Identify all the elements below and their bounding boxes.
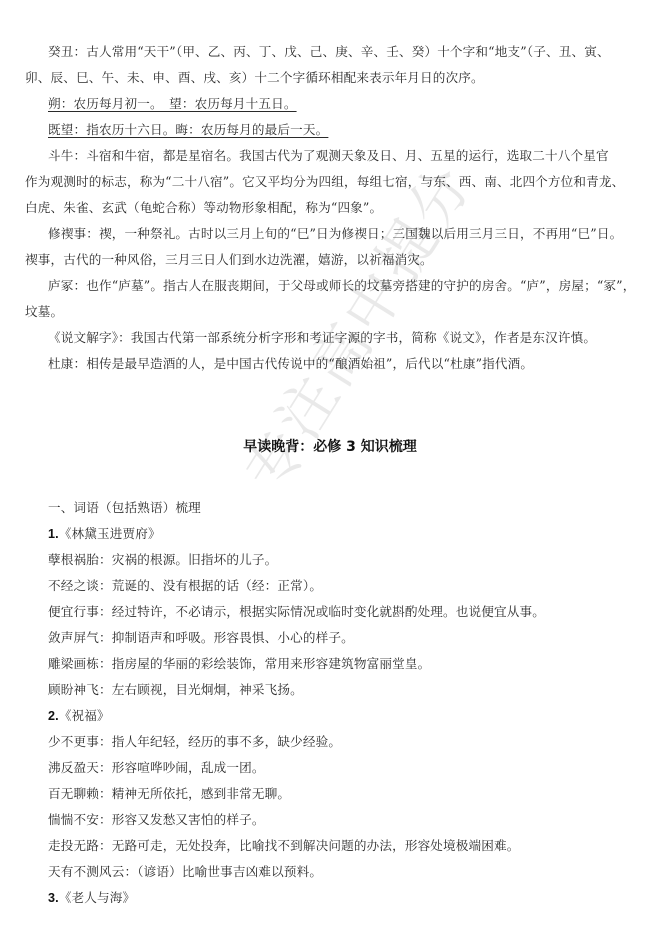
glossary-line: 癸丑：古人常用“天干”（甲、乙、丙、丁、戊、己、庚、辛、壬、癸）十个字和“地支”… xyxy=(48,44,610,60)
glossary-line-underlined: 既望：指农历十六日。晦：农历每月的最后一天。 xyxy=(48,122,328,138)
glossary-line: 《说文解字》：我国古代第一部系统分析字形和考证字源的字书，简称《说文》，作者是东… xyxy=(48,330,596,346)
glossary-line: 坟墓。 xyxy=(25,304,63,320)
group-heading: 2.《祝福》 xyxy=(48,708,110,724)
group-number: 3. xyxy=(48,891,59,905)
term-item: 敛声屏气：抑制语声和呼吸。形容畏惧、小心的样子。 xyxy=(48,630,354,646)
glossary-line: 禊事，古代的一种风俗，三月三日人们到水边洗濯，嬉游，以祈福消灾。 xyxy=(25,252,433,268)
term-item: 孽根祸胎：灾祸的根源。旧指坏的儿子。 xyxy=(48,552,277,568)
term-item: 不经之谈：荒诞的、没有根据的话（经：正常）。 xyxy=(48,578,322,594)
group-title: 《祝福》 xyxy=(59,708,110,723)
glossary-line: 白虎、朱雀、玄武（龟蛇合称）等动物形象相配，称为“四象”。 xyxy=(25,200,382,216)
group-heading: 1.《林黛玉进贾府》 xyxy=(48,526,161,542)
glossary-line: 卯、辰、巳、午、未、申、酉、戌、亥）十二个字循环相配来表示年月日的次序。 xyxy=(25,70,484,86)
term-item: 沸反盈天：形容喧哗吵闹，乱成一团。 xyxy=(48,760,265,776)
term-item: 走投无路：无路可走，无处投奔，比喻找不到解决问题的办法，形容处境极端困难。 xyxy=(48,838,520,854)
group-title: 《老人与海》 xyxy=(59,890,135,905)
group-title: 《林黛玉进贾府》 xyxy=(59,526,161,541)
group-number: 1. xyxy=(48,527,59,541)
term-item: 天有不测风云：（谚语）比喻世事吉凶难以预料。 xyxy=(48,864,322,880)
term-item: 便宜行事：经过特许，不必请示，根据实际情况或临时变化就斟酌处理。也说便宜从事。 xyxy=(48,604,545,620)
term-item: 惴惴不安：形容又发愁又害怕的样子。 xyxy=(48,812,265,828)
term-item: 雕梁画栋：指房屋的华丽的彩绘装饰，常用来形容建筑物富丽堂皇。 xyxy=(48,656,430,672)
term-item: 顾盼神飞：左右顾视，目光炯炯，神采飞扬。 xyxy=(48,682,303,698)
term-item: 少不更事：指人年纪轻，经历的事不多，缺少经验。 xyxy=(48,734,341,750)
glossary-line: 作为观测时的标志，称为“二十八宿”。它又平均分为四组，每组七宿，与东、西、南、北… xyxy=(25,174,624,190)
page-title: 早读晚背：必修 3 知识梳理 xyxy=(0,436,660,456)
term-item: 百无聊赖：精神无所依托，感到非常无聊。 xyxy=(48,786,290,802)
group-heading: 3.《老人与海》 xyxy=(48,890,135,906)
glossary-line-underlined: 朔：农历每月初一。 望：农历每月十五日。 xyxy=(48,96,297,112)
glossary-line: 修禊事：禊，一种祭礼。古时以三月上旬的“巳”日为修禊日；三国魏以后用三月三日，不… xyxy=(48,226,622,242)
group-number: 2. xyxy=(48,709,59,723)
section-heading: 一、词语（包括熟语）梳理 xyxy=(48,500,201,516)
glossary-line: 斗牛：斗宿和牛宿，都是星宿名。我国古代为了观测天象及日、月、五星的运行，选取二十… xyxy=(48,148,609,164)
glossary-line: 庐冢：也作“庐墓”。指古人在服丧期间，于父母或师长的坟墓旁搭建的守护的房舍。“庐… xyxy=(48,278,636,294)
glossary-line: 杜康：相传是最早造酒的人，是中国古代传说中的“酿酒始祖”，后代以“杜康”指代酒。 xyxy=(48,356,533,372)
document-page: 专注高中提分 癸丑：古人常用“天干”（甲、乙、丙、丁、戊、己、庚、辛、壬、癸）十… xyxy=(0,0,660,933)
